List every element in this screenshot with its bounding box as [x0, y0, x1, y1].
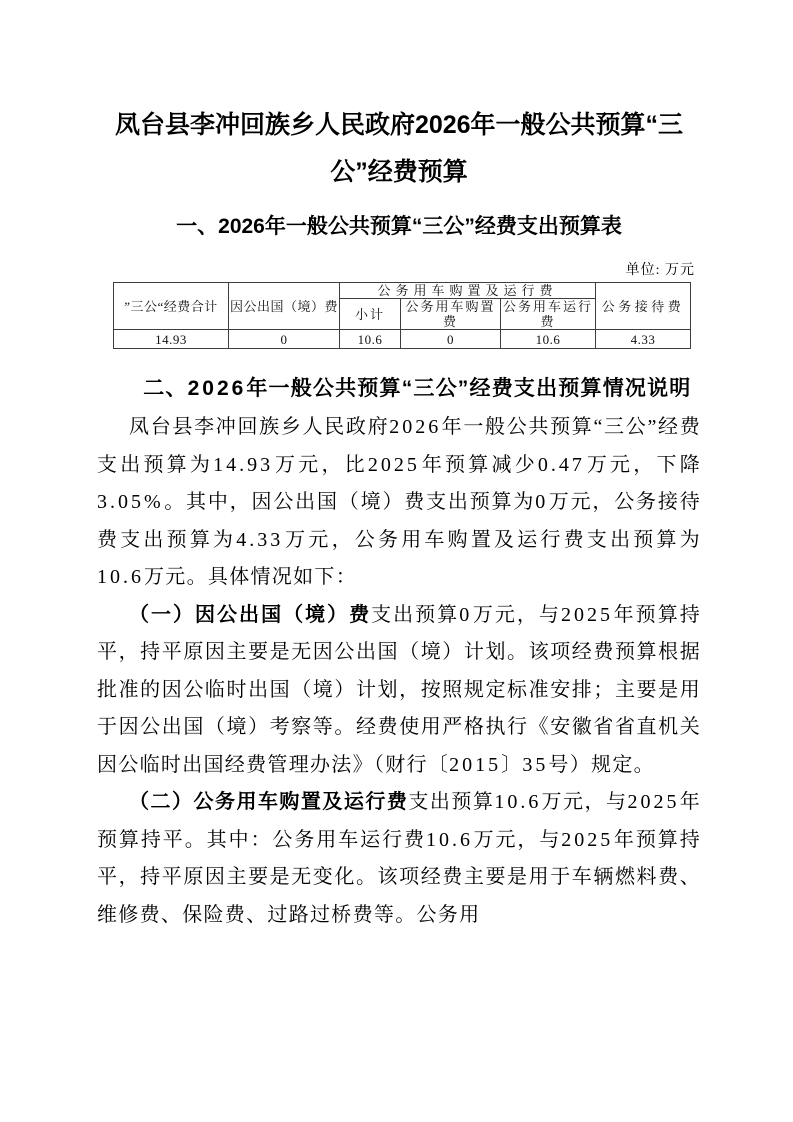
header-vehicle-purchase: 公务用车购置费	[401, 299, 501, 330]
paragraph-overview: 凤台县李冲回族乡人民政府2026年一般公共预算“三公”经费支出预算为14.93万…	[97, 409, 701, 597]
document-title: 凤台县李冲回族乡人民政府2026年一般公共预算“三公”经费预算	[97, 102, 701, 196]
table-data-row: 14.93 0 10.6 0 10.6 4.33	[114, 330, 691, 349]
header-vehicle-operation: 公务用车运行费	[501, 299, 596, 330]
paragraph-vehicle-fee-lead: （二）公务用车购置及运行费	[129, 791, 408, 813]
header-vehicle-group: 公务用车购置及运行费	[340, 283, 596, 299]
paragraph-abroad-fee-body: 支出预算0万元，与2025年预算持平，持平原因主要是无因公出国（境）计划。该项经…	[97, 604, 701, 776]
paragraph-vehicle-fee: （二）公务用车购置及运行费支出预算10.6万元，与2025年预算持平。其中：公务…	[97, 784, 701, 934]
table-unit-label: 单位: 万元	[97, 263, 695, 279]
header-abroad-fee: 因公出国（境）费	[229, 283, 340, 330]
value-vehicle-subtotal: 10.6	[340, 330, 401, 349]
body-text: 凤台县李冲回族乡人民政府2026年一般公共预算“三公”经费支出预算为14.93万…	[97, 409, 701, 934]
section2-heading: 二、2026年一般公共预算“三公”经费支出预算情况说明	[97, 369, 701, 408]
paragraph-abroad-fee: （一）因公出国（境）费支出预算0万元，与2025年预算持平，持平原因主要是无因公…	[97, 597, 701, 785]
value-vehicle-purchase: 0	[401, 330, 501, 349]
header-reception-fee: 公务接待费	[596, 283, 691, 330]
value-abroad-fee: 0	[229, 330, 340, 349]
table-header-row-group: ”三公“经费合计 因公出国（境）费 公务用车购置及运行费 公务接待费	[114, 283, 691, 299]
header-vehicle-subtotal: 小计	[340, 299, 401, 330]
value-total: 14.93	[114, 330, 229, 349]
sangong-budget-table: ”三公“经费合计 因公出国（境）费 公务用车购置及运行费 公务接待费 小计 公务…	[113, 282, 691, 349]
value-vehicle-operation: 10.6	[501, 330, 596, 349]
header-total: ”三公“经费合计	[114, 283, 229, 330]
value-reception-fee: 4.33	[596, 330, 691, 349]
document-page: 凤台县李冲回族乡人民政府2026年一般公共预算“三公”经费预算 一、2026年一…	[0, 0, 793, 1122]
section1-heading: 一、2026年一般公共预算“三公”经费支出预算表	[97, 212, 701, 242]
paragraph-abroad-fee-lead: （一）因公出国（境）费	[129, 604, 371, 626]
